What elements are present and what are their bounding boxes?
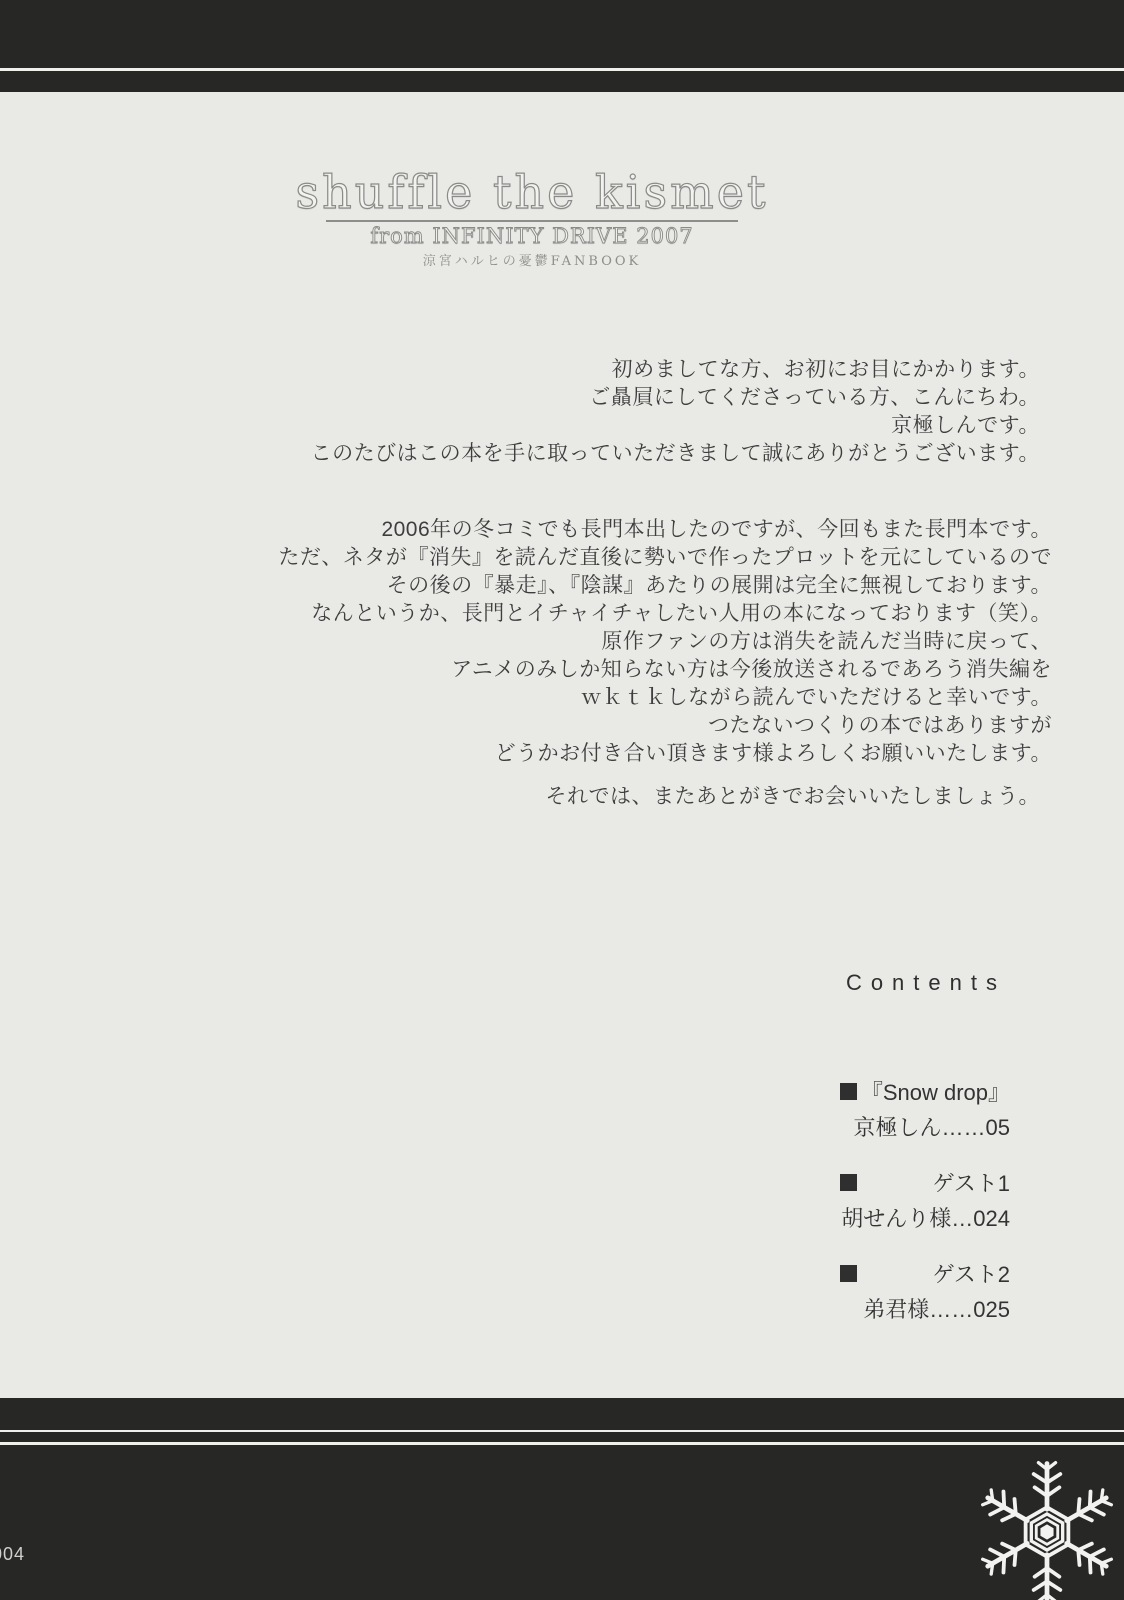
book-title: shuffle the kismet — [232, 168, 832, 216]
foreword-paragraph: 2006年の冬コミでも長門本出したのですが、今回もまた長門本です。 ただ、ネタが… — [278, 516, 1052, 768]
bullet-square-icon — [840, 1265, 857, 1282]
closing-line: それでは、またあとがきでお会いいたしましょう。 — [546, 783, 1041, 811]
toc-item-title-row: 『Snow drop』 — [840, 1076, 1010, 1107]
top-border-bar — [0, 0, 1124, 92]
toc-item-guest-1: ゲスト1 胡せんり様…024 — [840, 1167, 1010, 1233]
toc-item-credit: 京極しん……05 — [840, 1111, 1010, 1142]
snowflake-icon — [971, 1456, 1123, 1600]
bullet-square-icon — [840, 1083, 857, 1100]
toc-item-title: ゲスト1 — [933, 1167, 1010, 1198]
fanbook-label: 涼宮ハルヒの憂鬱FANBOOK — [232, 250, 832, 269]
top-bar-divider-line — [0, 68, 1124, 71]
title-underline — [326, 220, 738, 222]
toc-item-title-row: ゲスト2 — [840, 1258, 1010, 1289]
toc-item-title-row: ゲスト1 — [840, 1167, 1010, 1198]
bottom-bar-divider-line-thin — [0, 1430, 1124, 1432]
toc-item-credit: 胡せんり様…024 — [840, 1202, 1010, 1233]
greeting-paragraph: 初めましてな方、お初にお目にかかります。 ご贔屓にしてくださっている方、こんにち… — [311, 356, 1040, 468]
book-subtitle: from INFINITY DRIVE 2007 — [232, 224, 832, 248]
toc-item-title: 『Snow drop』 — [861, 1076, 1010, 1107]
page-number: 004 — [0, 1544, 25, 1565]
bullet-square-icon — [840, 1174, 857, 1191]
book-page: shuffle the kismet from INFINITY DRIVE 2… — [0, 0, 1124, 1600]
title-block: shuffle the kismet from INFINITY DRIVE 2… — [232, 168, 832, 269]
toc-item-title: ゲスト2 — [933, 1258, 1010, 1289]
bottom-border-bar: 004 — [0, 1398, 1124, 1600]
toc-item-credit: 弟君様……025 — [840, 1293, 1010, 1324]
toc-item-guest-2: ゲスト2 弟君様……025 — [840, 1258, 1010, 1324]
table-of-contents: 『Snow drop』 京極しん……05 ゲスト1 胡せんり様…024 ゲスト2… — [840, 1076, 1010, 1349]
toc-item-snow-drop: 『Snow drop』 京極しん……05 — [840, 1076, 1010, 1142]
bottom-bar-divider-line-thick — [0, 1442, 1124, 1445]
contents-heading: Contents — [846, 970, 1006, 996]
